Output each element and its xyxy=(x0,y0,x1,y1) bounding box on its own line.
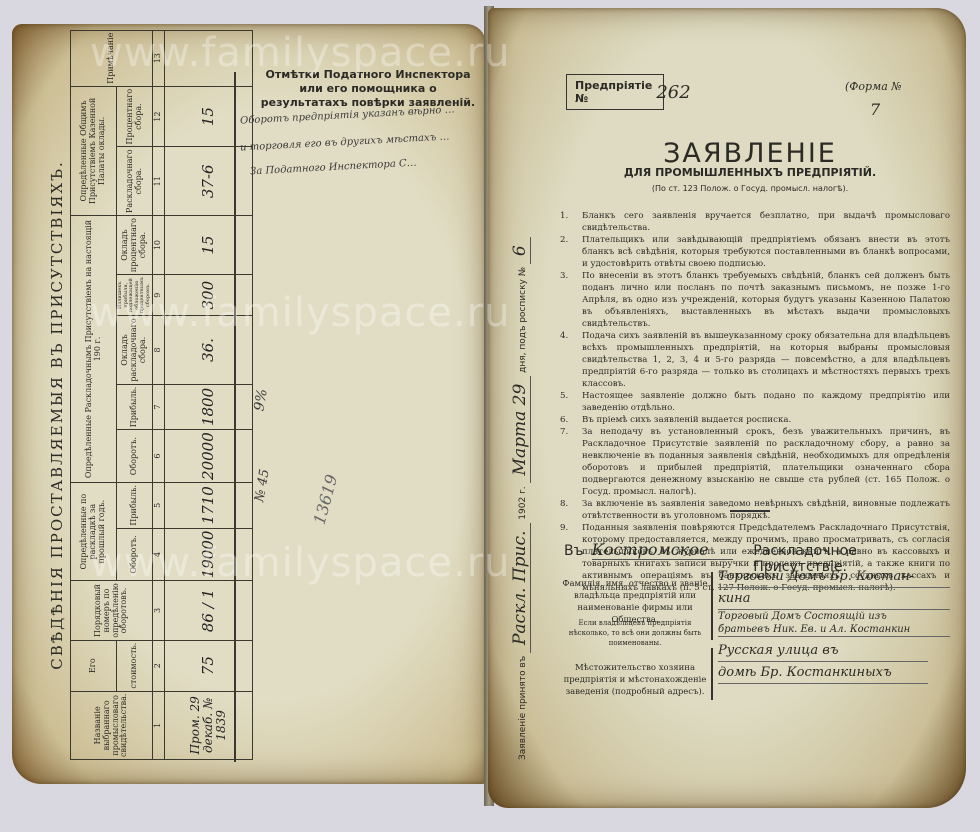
column-divider xyxy=(234,72,236,762)
col-number: 5 xyxy=(153,482,165,528)
cell-prev-profit: 1710 xyxy=(165,482,253,528)
law-reference: (По ст. 123 Полож. о Госуд. промысл. нал… xyxy=(540,184,960,193)
owner-brace xyxy=(711,572,713,640)
document-subtitle: ДЛЯ ПРОМЫШЛЕННЫХЪ ПРЕДПРIЯТIЙ. xyxy=(540,166,960,179)
cell-order-number: 86 / 1 xyxy=(165,581,253,640)
col-number: 7 xyxy=(153,384,165,430)
enterprise-label: Предпрiятiе № xyxy=(575,79,652,105)
col-number: 2 xyxy=(153,640,165,691)
cell-certificate: Пром. 29 декаб. № 1839 xyxy=(165,691,253,759)
residence-label: Мѣстожительство хозяина предпрiятiя и мѣ… xyxy=(560,662,710,698)
rule-item: 7.За неподачу въ установленный срокъ, бе… xyxy=(560,426,950,498)
enterprise-number-box: Предпрiятiе № 262 xyxy=(566,74,664,110)
receipt-place: Раскл. Прис. xyxy=(510,523,531,653)
information-table: Названiе выбраннаго промысловаго свидѣте… xyxy=(70,30,253,760)
col-number: 9 xyxy=(153,275,165,316)
cell-remarks xyxy=(165,30,253,86)
group-header-his: Его xyxy=(71,640,117,691)
divider xyxy=(730,510,770,512)
rule-item: 3.По внесенiи въ этотъ бланкъ требуемыхъ… xyxy=(560,270,950,330)
group-header-prev-year: Опредѣленные по раскладкѣ за прошлый год… xyxy=(71,482,117,580)
col-header-10: Окладъ процентнаго сбора. xyxy=(117,216,153,275)
col-number: 12 xyxy=(153,86,165,147)
table-row: Пром. 29 декаб. № 1839 75 86 / 1 19000 1… xyxy=(165,30,253,759)
page-number: 7 xyxy=(870,100,880,119)
form-label: (Форма № xyxy=(845,80,902,93)
col-header-8: Окладъ раскладочнаго сбора. xyxy=(117,316,153,384)
inspector-notes-title: Отмѣтки Податного Инспектора или его пом… xyxy=(258,68,478,109)
cell-general-assessment: 37-6 xyxy=(165,147,253,216)
document-title: ЗАЯВЛЕНIЕ xyxy=(540,138,960,169)
cell-prev-turnover: 19000 xyxy=(165,528,253,581)
col-header-5: Прибыль. xyxy=(117,482,153,528)
col-number: 3 xyxy=(153,581,165,640)
col-number: 6 xyxy=(153,430,165,483)
col-header-11: Раскладочнаго сбора. xyxy=(117,147,153,216)
cell-profit: 1800 xyxy=(165,384,253,430)
receipt-number: 6 xyxy=(510,237,531,264)
col-number: 13 xyxy=(153,30,165,86)
col-number: 1 xyxy=(153,691,165,759)
enterprise-number: 262 xyxy=(656,82,690,103)
col-header-2: стоимость. xyxy=(117,640,153,691)
col-number: 4 xyxy=(153,528,165,581)
col-header-1: Названiе выбраннаго промысловаго свидѣте… xyxy=(71,691,153,759)
col-number: 8 xyxy=(153,316,165,384)
addressee-prefix: Въ xyxy=(564,543,584,559)
rule-item: 2.Плательщикъ или завѣдывающiй предпрiят… xyxy=(560,234,950,270)
col-number: 11 xyxy=(153,147,165,216)
residence-brace xyxy=(711,648,713,700)
owner-note: Если владѣльцевъ предпрiятiя нѣсколько, … xyxy=(560,618,710,648)
rule-item: 5.Настоящее заявленiе должно быть подано… xyxy=(560,390,950,414)
cell-cost: 75 xyxy=(165,640,253,691)
col-header-12: Процентнаго сбора. xyxy=(117,86,153,147)
table-title: СВѢДѢНIЯ ПРОСТАВЛЯЕМЫЯ ВЪ ПРИСУТСТВIЯХЪ. xyxy=(48,70,66,760)
group-header-current: Опредѣленные Раскладочнымъ Присутствiемъ… xyxy=(71,216,117,483)
col-header-3: Порядковый номеръ по опредѣленiю оборото… xyxy=(71,581,153,640)
receipt-year: 1902 г. xyxy=(518,486,528,519)
rule-item: 6.Въ прiемѣ сихъ заявленiй выдается росп… xyxy=(560,414,950,426)
cell-assessment-fee: 36. xyxy=(165,316,253,384)
rules-list: 1.Бланкъ сего заявленiя вручается безпла… xyxy=(560,210,950,594)
col-header-6: Оборотъ. xyxy=(117,430,153,483)
col-header-9: Излишекъ прибыли, подлежащей обложенiю п… xyxy=(117,275,153,316)
owner-value: Торговый Домъ Бр. Костан- кина Торговый … xyxy=(718,566,950,637)
residence-value: Русская улица въ домѣ Бр. Костанкиныхъ xyxy=(718,640,928,684)
group-header-general: Опредѣленные Общимъ Присутствiемъ Казенн… xyxy=(71,86,117,215)
information-table-block: СВѢДѢНIЯ ПРОСТАВЛЯЕМЫЯ ВЪ ПРИСУТСТВIЯХЪ.… xyxy=(48,70,238,760)
cell-percent-fee: 15 xyxy=(165,216,253,275)
col-header-7: Прибыль. xyxy=(117,384,153,430)
col-header-4: Оборотъ. xyxy=(117,528,153,581)
addressee-city: Костромское xyxy=(592,540,734,560)
col-number: 10 xyxy=(153,216,165,275)
cell-turnover: 20000 xyxy=(165,430,253,483)
rule-item: 1.Бланкъ сего заявленiя вручается безпла… xyxy=(560,210,950,234)
receipt-suffix: дня, подъ росписку № xyxy=(518,267,528,373)
receipt-date: Марта 29 xyxy=(510,376,531,484)
receipt-line: Заявленiе принято въ Раскл. Прис. 1902 г… xyxy=(510,237,530,760)
cell-excess-profit: 300 xyxy=(165,275,253,316)
col-header-13: Примѣчанiе xyxy=(71,30,153,86)
rule-item: 4.Подача сихъ заявленiй въ вышеуказанном… xyxy=(560,330,950,390)
receipt-prefix: Заявленiе принято въ xyxy=(518,656,528,760)
